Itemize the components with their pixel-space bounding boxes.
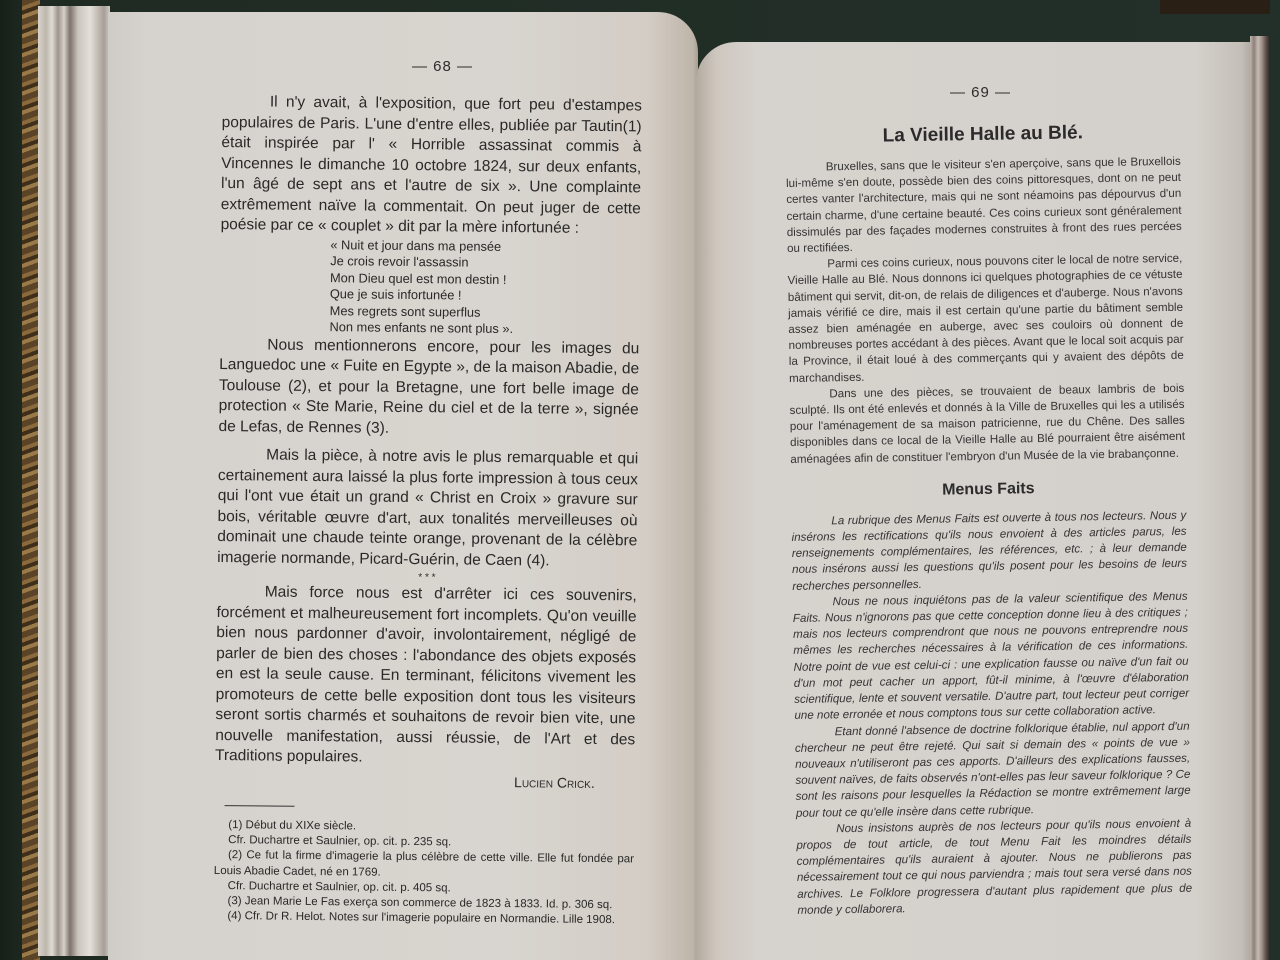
paragraph: Dans une des pièces, se trouvaient de be… [789,381,1185,468]
paragraph: Parmi ces coins curieux, nous pouvons ci… [787,251,1184,387]
right-page-body: La Vieille Halle au Blé. Bruxelles, sans… [785,112,1193,919]
footnotes: (1) Début du XIXe siècle. Cfr. Duchartre… [213,818,634,929]
paragraph: Nous mentionnerons encore, pour les imag… [218,334,639,441]
left-page-body: Il n'y avait, à l'exposition, que fort p… [213,92,642,929]
menus-faits-body: La rubrique des Menus Faits est ouverte … [791,508,1192,919]
article-title: La Vieille Halle au Blé. [785,120,1180,150]
page-stack-edge [38,6,110,956]
paragraph: Etant donné l'absence de doctrine folklo… [795,718,1191,821]
footnote: (2) Ce fut la firme d'imagerie la plus c… [214,848,634,883]
page-number-right: — 69 — [950,84,1011,101]
paragraph: Mais la pièce, à notre avis le plus rema… [217,445,638,572]
right-page-stack-edge [1250,36,1270,960]
paragraph: Bruxelles, sans que le visiteur s'en ape… [786,154,1182,257]
poem-couplet: « Nuit et jour dans ma pensée Je crois r… [329,237,640,339]
paragraph: La rubrique des Menus Faits est ouverte … [791,508,1187,595]
page-number-left: — 68 — [412,58,473,75]
paragraph: Mais force nous est d'arrêter ici ces so… [215,582,637,771]
footnote-rule [225,805,295,807]
paragraph: Il n'y avait, à l'exposition, que fort p… [220,92,641,240]
paragraph: Nous insistons auprès de nos lecteurs po… [796,815,1192,918]
paragraph: Nous ne nous inquiétons pas de la valeur… [792,589,1189,725]
book-cover-corner [1160,0,1270,14]
author-signature: Lucien Crick. [215,768,595,792]
section-title: Menus Faits [791,476,1186,504]
